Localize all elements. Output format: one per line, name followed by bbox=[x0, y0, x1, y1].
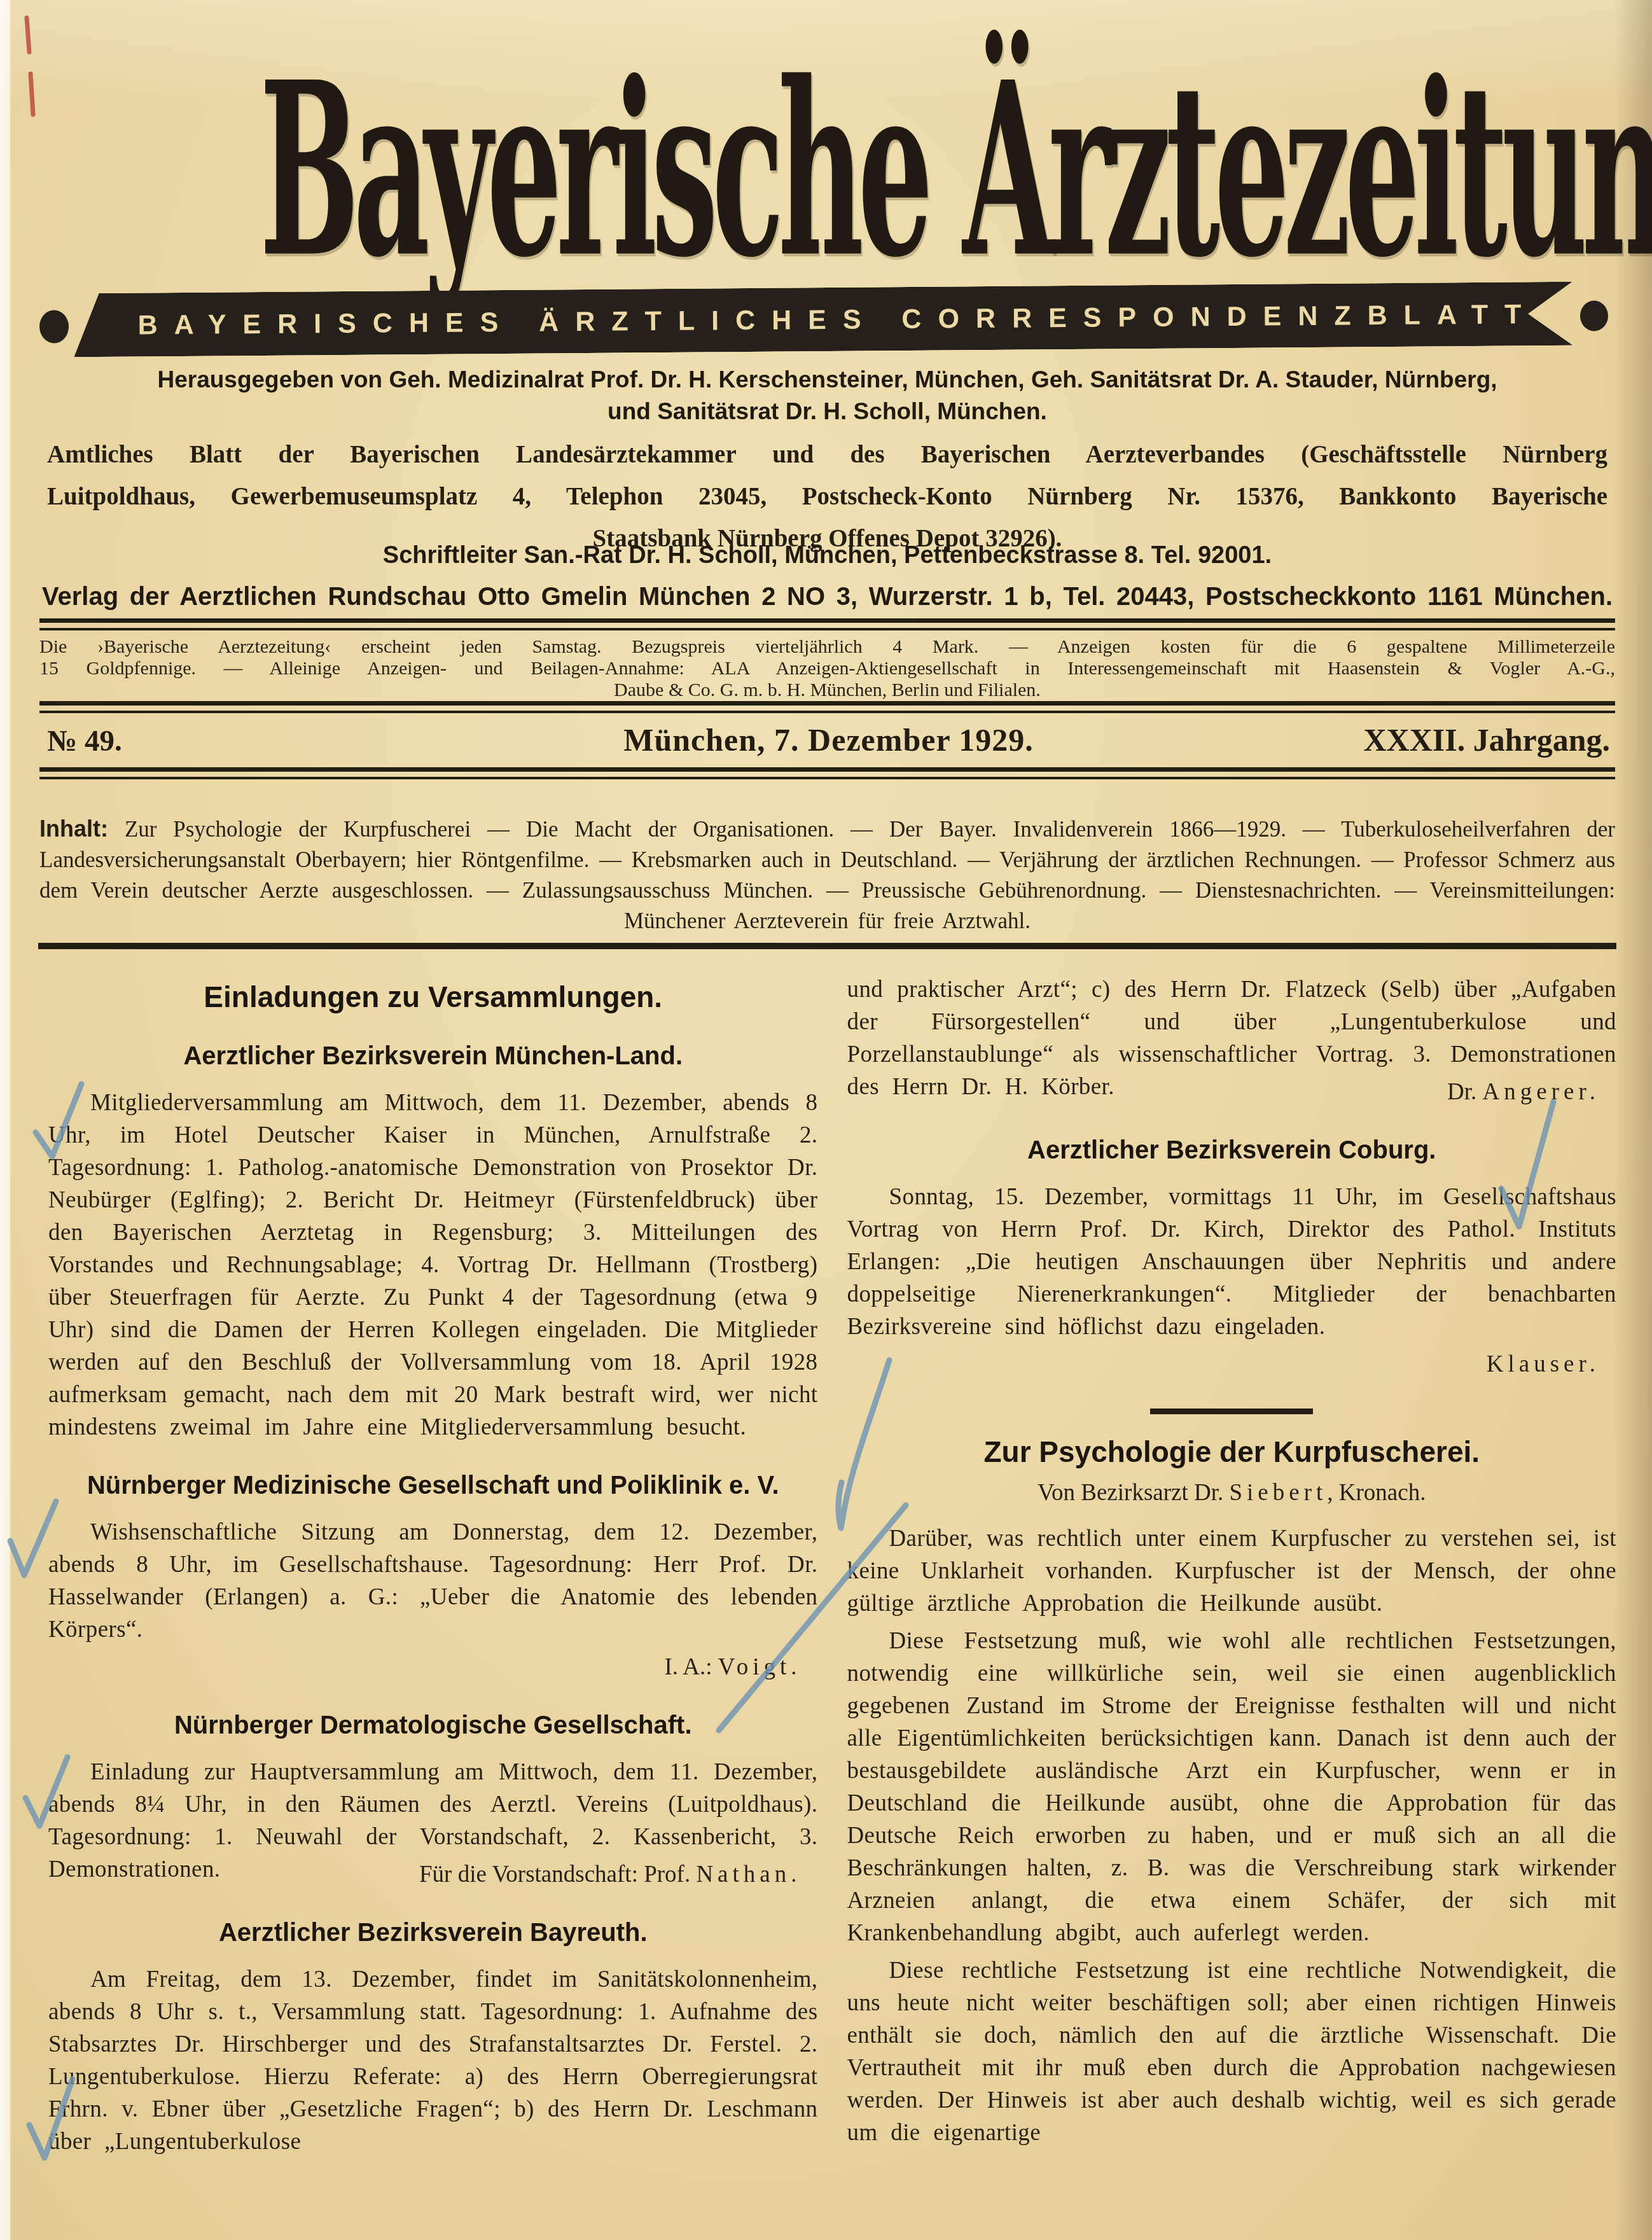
official-organ-block: Amtliches Blatt der Bayerischen Landesär… bbox=[47, 434, 1607, 560]
signature-voigt: I. A.: Voigt. bbox=[48, 1651, 818, 1683]
paragraph-bayreuth: Am Freitag, dem 13. Dezember, findet im … bbox=[48, 1963, 818, 2158]
issue-number: № 49. bbox=[47, 724, 122, 758]
paragraph-muenchen-land: Mitgliederversammlung am Mittwoch, dem 1… bbox=[48, 1087, 818, 1443]
subtitle-banner: BAYERISCHES ÄRZTLICHES CORRESPONDENZBLAT… bbox=[39, 281, 1609, 357]
masthead-title: Bayerische Ärztezeitung bbox=[260, 29, 1652, 310]
signature-prefix: I. A.: bbox=[664, 1654, 718, 1680]
subscription-block: Die ›Bayerische Aerztezeitung‹ erscheint… bbox=[39, 636, 1615, 701]
article-paragraph-3: Diese rechtliche Festsetzung ist eine re… bbox=[847, 1954, 1617, 2149]
left-column: Einladungen zu Versammlungen. Aerztliche… bbox=[48, 973, 818, 2240]
contents-label: Inhalt: bbox=[39, 816, 108, 842]
heading-muenchen-land: Aerztlicher Bezirksverein München-Land. bbox=[48, 1041, 818, 1071]
byline-author: Siebert bbox=[1229, 1480, 1327, 1506]
divider-thick-rule bbox=[38, 943, 1616, 949]
divider-double-rule bbox=[39, 767, 1615, 779]
signature-klauser: Klauser. bbox=[847, 1348, 1617, 1381]
official-line-1: Amtliches Blatt der Bayerischen Landesär… bbox=[47, 434, 1607, 476]
banner-left-dot-icon bbox=[39, 310, 69, 343]
section-heading-einladungen: Einladungen zu Versammlungen. bbox=[48, 980, 818, 1014]
article-columns: Einladungen zu Versammlungen. Aerztliche… bbox=[48, 973, 1616, 2240]
signature-name: Klauser. bbox=[1487, 1351, 1600, 1377]
byline-suffix: , Kronach. bbox=[1327, 1480, 1426, 1506]
banner-right-dot-icon bbox=[1580, 300, 1608, 331]
subscription-line-2: 15 Goldpfennige. — Alleinige Anzeigen- u… bbox=[39, 658, 1615, 679]
article-byline: Von Bezirksarzt Dr. Siebert, Kronach. bbox=[847, 1478, 1617, 1508]
issue-line: № 49. München, 7. Dezember 1929. XXXII. … bbox=[47, 721, 1610, 758]
signature-name: Nathan. bbox=[696, 1861, 801, 1888]
newspaper-page: Bayerische Ärztezeitung BAYERISCHES ÄRZT… bbox=[0, 0, 1652, 2240]
page-edge-highlight bbox=[0, 0, 10, 2240]
heading-bayreuth: Aerztlicher Bezirksverein Bayreuth. bbox=[48, 1917, 818, 1948]
signature-prefix: Dr. bbox=[1447, 1079, 1483, 1105]
verlag-line: Verlag der Aerztlichen Rundschau Otto Gm… bbox=[42, 583, 1613, 611]
official-line-2: Luitpoldhaus, Gewerbemuseumsplatz 4, Tel… bbox=[47, 476, 1607, 518]
contents-paragraph: Inhalt: Zur Psychologie der Kurpfuschere… bbox=[39, 814, 1615, 936]
masthead: Bayerische Ärztezeitung bbox=[0, 29, 1652, 303]
subscription-line-3: Daube & Co. G. m. b. H. München, Berlin … bbox=[39, 679, 1615, 701]
publisher-line-1: Herausgegeben von Geh. Medizinalrat Prof… bbox=[45, 364, 1610, 396]
heading-nuernberger-medizinische: Nürnberger Medizinische Gesellschaft und… bbox=[48, 1470, 818, 1501]
subscription-line-1: Die ›Bayerische Aerztezeitung‹ erscheint… bbox=[39, 636, 1615, 658]
editor-line: Schriftleiter San.-Rat Dr. H. Scholl, Mü… bbox=[45, 542, 1610, 569]
article-paragraph-1: Darüber, was rechtlich unter einem Kurpf… bbox=[847, 1522, 1617, 1620]
publisher-line-2: und Sanitätsrat Dr. H. Scholl, München. bbox=[45, 396, 1610, 428]
banner-text: BAYERISCHES ÄRZTLICHES CORRESPONDENZBLAT… bbox=[74, 282, 1573, 359]
divider-double-rule bbox=[39, 618, 1615, 630]
banner-ribbon: BAYERISCHES ÄRZTLICHES CORRESPONDENZBLAT… bbox=[74, 282, 1573, 358]
signature-prefix: Für die Vorstandschaft: Prof. bbox=[419, 1861, 696, 1888]
paragraph-coburg: Sonntag, 15. Dezember, vormittags 11 Uhr… bbox=[847, 1181, 1617, 1343]
divider-double-rule bbox=[39, 701, 1615, 713]
heading-dermatologische: Nürnberger Dermatologische Gesellschaft. bbox=[48, 1710, 818, 1741]
signature-name: Voigt. bbox=[718, 1654, 802, 1680]
article-heading-kurpfuscherei: Zur Psychologie der Kurpfuscherei. bbox=[847, 1435, 1617, 1469]
issue-volume: XXXII. Jahrgang. bbox=[1363, 721, 1610, 758]
article-paragraph-2: Diese Festsetzung muß, wie wohl alle rec… bbox=[847, 1625, 1617, 1949]
byline-prefix: Von Bezirksarzt Dr. bbox=[1038, 1480, 1229, 1506]
right-column: und praktischer Arzt“; c) des Herrn Dr. … bbox=[847, 973, 1617, 2240]
article-separator-rule bbox=[1150, 1409, 1313, 1414]
contents-text: Zur Psychologie der Kurpfuscherei — Die … bbox=[39, 817, 1615, 933]
signature-name: Angerer. bbox=[1483, 1079, 1600, 1105]
heading-coburg: Aerztlicher Bezirksverein Coburg. bbox=[847, 1135, 1617, 1165]
issue-place-date: München, 7. Dezember 1929. bbox=[623, 721, 1033, 758]
publisher-block: Herausgegeben von Geh. Medizinalrat Prof… bbox=[45, 364, 1610, 428]
paragraph-nuernberger-medizinische: Wishsenschaftliche Sitzung am Donnerstag… bbox=[48, 1516, 818, 1646]
